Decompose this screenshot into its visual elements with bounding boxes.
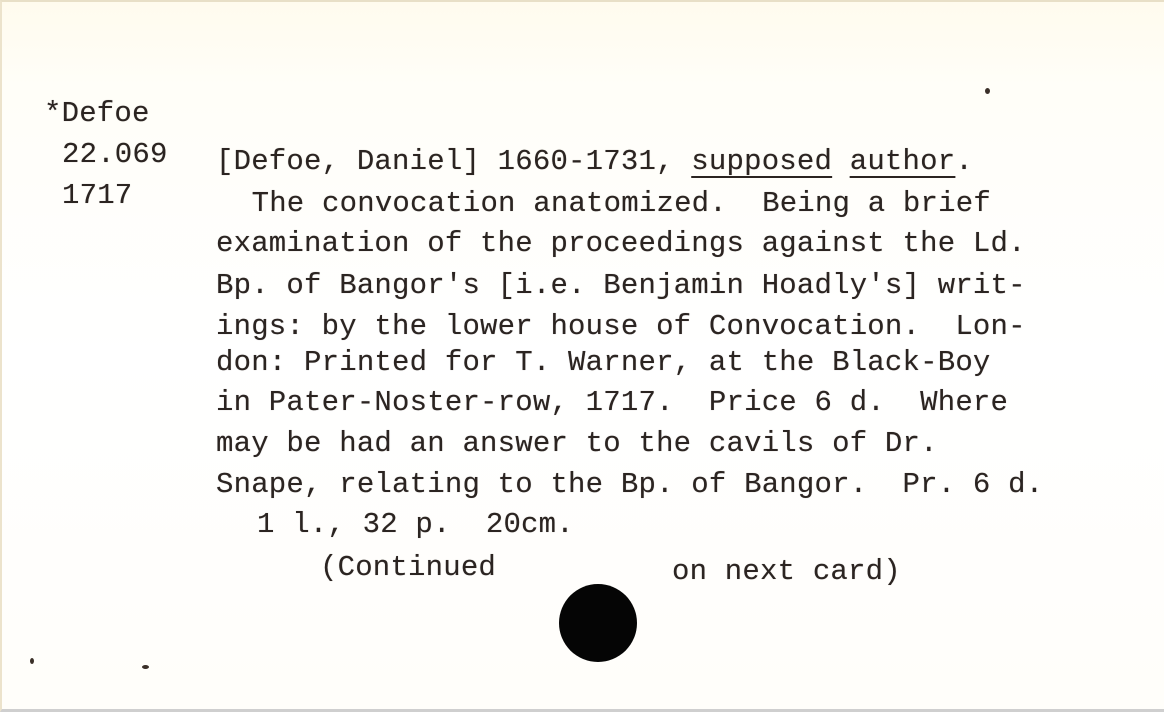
relator-author: author [850,145,956,178]
call-number-line-2: 22.069 [62,135,168,175]
title-line-1: The convocation anatomized. Being a brie… [234,184,991,224]
relator-supposed: supposed [691,145,832,178]
call-number-line-3: 1717 [62,176,132,216]
continued-note-right: on next card) [672,552,901,592]
note-line-1: may be had an answer to the cavils of Dr… [216,424,938,464]
title-line-2: examination of the proceedings against t… [216,224,1026,264]
ink-speck [985,88,990,94]
collation: 1 l., 32 p. 20cm. [257,505,574,545]
ink-speck [142,665,149,669]
catalog-card: *Defoe 22.069 1717 [Defoe, Daniel] 1660-… [0,0,1164,712]
imprint-line-1: don: Printed for T. Warner, at the Black… [216,343,991,383]
note-line-2: Snape, relating to the Bp. of Bangor. Pr… [216,465,1043,505]
call-number-line-1: *Defoe [44,94,150,134]
author-name: [Defoe, Daniel] 1660-1731, [216,145,691,178]
title-line-3: Bp. of Bangor's [i.e. Benjamin Hoadly's]… [216,266,1026,306]
imprint-line-2: in Pater-Noster-row, 1717. Price 6 d. Wh… [216,383,1008,423]
ink-speck [30,658,34,664]
continued-note-left: (Continued [320,548,496,588]
main-entry-heading: [Defoe, Daniel] 1660-1731, supposed auth… [216,142,973,182]
card-punch-hole [559,584,637,662]
title-line-4: ings: by the lower house of Convocation.… [216,307,1026,347]
